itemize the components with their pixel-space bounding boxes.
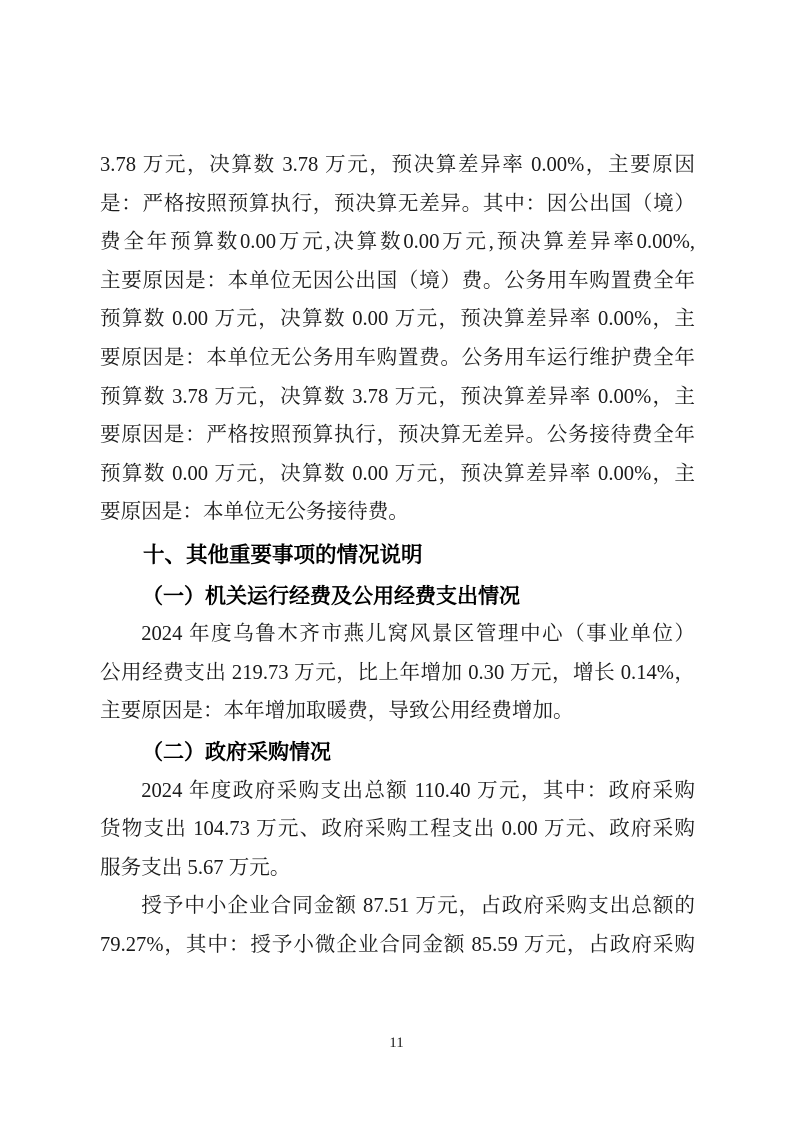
text-line: 要原因是：本单位无公务接待费。 [100, 493, 695, 532]
text-line: 2024 年度乌鲁木齐市燕儿窝风景区管理中心（事业单位） [100, 615, 695, 654]
text-line: 2024 年度政府采购支出总额 110.40 万元，其中：政府采购 [100, 772, 695, 811]
text-line: 授予中小企业合同金额 87.51 万元，占政府采购支出总额的 [100, 887, 695, 926]
subsection-2-paragraph-1: 2024 年度政府采购支出总额 110.40 万元，其中：政府采购 货物支出 1… [100, 772, 695, 888]
text-line: 79.27%，其中：授予小微企业合同金额 85.59 万元，占政府采购 [100, 926, 695, 965]
section-heading: 十、其他重要事项的情况说明 [100, 536, 695, 575]
text-line: 服务支出 5.67 万元。 [100, 849, 695, 888]
continuation-paragraph: 3.78 万元，决算数 3.78 万元，预决算差异率 0.00%，主要原因 是：… [100, 146, 695, 532]
text-line: 预算数 3.78 万元，决算数 3.78 万元，预决算差异率 0.00%，主 [100, 378, 695, 417]
text-line: 是：严格按照预算执行，预决算无差异。其中：因公出国（境） [100, 185, 695, 224]
text-line: 预算数 0.00 万元，决算数 0.00 万元，预决算差异率 0.00%，主 [100, 300, 695, 339]
page-content: 3.78 万元，决算数 3.78 万元，预决算差异率 0.00%，主要原因 是：… [100, 146, 695, 964]
text-line: 要原因是：严格按照预算执行，预决算无差异。公务接待费全年 [100, 416, 695, 455]
text-line: 主要原因是：本年增加取暖费，导致公用经费增加。 [100, 692, 695, 731]
page-number: 11 [0, 1035, 793, 1052]
subsection-2-heading: （二）政府采购情况 [100, 733, 695, 772]
subsection-1-heading: （一）机关运行经费及公用经费支出情况 [100, 577, 695, 616]
text-line: 货物支出 104.73 万元、政府采购工程支出 0.00 万元、政府采购 [100, 810, 695, 849]
text-line: 3.78 万元，决算数 3.78 万元，预决算差异率 0.00%，主要原因 [100, 146, 695, 185]
text-line: 预算数 0.00 万元，决算数 0.00 万元，预决算差异率 0.00%，主 [100, 455, 695, 494]
text-line: 主要原因是：本单位无因公出国（境）费。公务用车购置费全年 [100, 262, 695, 301]
subsection-2-paragraph-2: 授予中小企业合同金额 87.51 万元，占政府采购支出总额的 79.27%，其中… [100, 887, 695, 964]
text-line: 费全年预算数0.00万元,决算数0.00万元,预决算差异率0.00%, [100, 223, 695, 262]
text-line: 要原因是：本单位无公务用车购置费。公务用车运行维护费全年 [100, 339, 695, 378]
subsection-1-paragraph: 2024 年度乌鲁木齐市燕儿窝风景区管理中心（事业单位） 公用经费支出 219.… [100, 615, 695, 731]
document-page: 3.78 万元，决算数 3.78 万元，预决算差异率 0.00%，主要原因 是：… [0, 0, 793, 1122]
text-line: 公用经费支出 219.73 万元，比上年增加 0.30 万元，增长 0.14%， [100, 654, 695, 693]
